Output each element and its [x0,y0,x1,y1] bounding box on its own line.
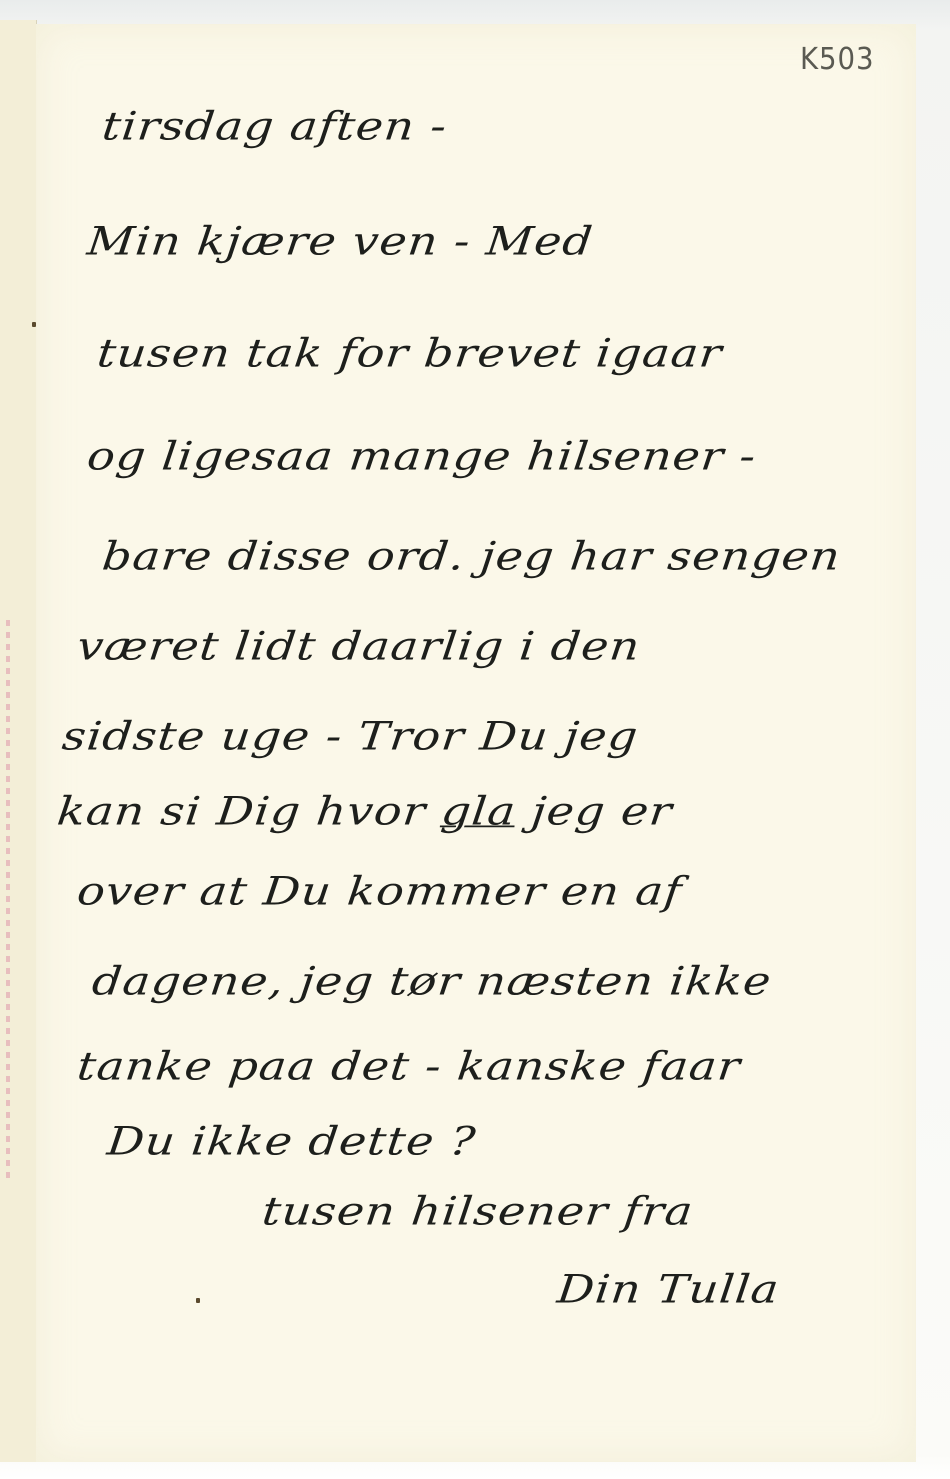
letter-line: og ligesaa mange hilsener - [85,433,759,479]
letter-closing: tusen hilsener fra [260,1188,696,1234]
letter-line: tirsdag aften - [100,103,450,149]
letter-line: Du ikke dette ? [105,1118,478,1164]
letter-line: dagene, jeg tør næsten ikke [90,958,774,1004]
letter-line: tusen tak for brevet igaar [95,330,725,376]
letter-line: Min kjære ven - Med [85,218,595,264]
letter-line: over at Du kommer en af [75,868,685,914]
letter-line: bare disse ord. jeg har sengen [100,533,843,579]
letter-line: kan si Dig hvor gla jeg er [55,788,675,834]
paper-speck [196,1298,200,1303]
letter-line: sidste uge - Tror Du jeg [60,713,641,759]
letter-line: været lidt daarlig i den [75,623,643,669]
archive-number-pencil: K503 [800,42,874,77]
letter-signature: Din Tulla [555,1266,782,1312]
underlined-word: gla [439,788,518,834]
letter-line: tanke paa det - kanske faar [75,1043,743,1089]
back-sheet-edge [0,20,37,1462]
paper-speck [32,322,36,327]
pink-stitching-mark [6,620,10,1180]
